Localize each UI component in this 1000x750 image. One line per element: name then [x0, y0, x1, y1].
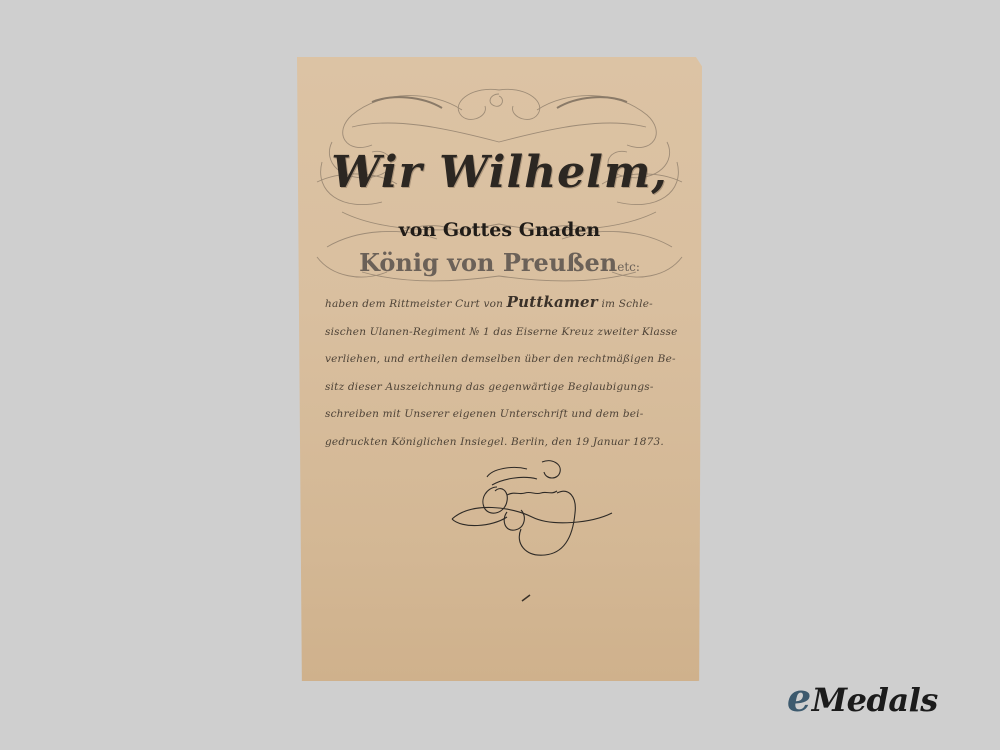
king-title-line: König von Preußenetc: — [297, 248, 702, 277]
body-line: sischen Ulanen-Regiment № 1 das Eiserne … — [325, 319, 682, 347]
recipient-name: Puttkamer — [507, 293, 598, 311]
emedals-logo: eMedals — [787, 675, 938, 720]
king-etc: etc: — [617, 260, 640, 274]
king-title: König von Preußen — [359, 248, 617, 277]
document-body: haben dem Rittmeister Curt von Puttkamer… — [325, 289, 682, 456]
logo-e: e — [787, 675, 811, 720]
document-subtitle: von Gottes Gnaden — [297, 219, 702, 241]
body-line: haben dem Rittmeister Curt von Puttkamer… — [325, 289, 682, 319]
body-line: schreiben mit Unserer eigenen Unterschri… — [325, 401, 682, 429]
logo-text: Medals — [812, 681, 938, 719]
certificate-document: Wir Wilhelm, von Gottes Gnaden König von… — [297, 57, 702, 681]
body-line: gedruckten Königlichen Insiegel. Berlin,… — [325, 429, 682, 457]
pencil-mark — [521, 594, 531, 602]
signature — [447, 457, 617, 562]
document-title: Wir Wilhelm, — [297, 147, 702, 198]
body-line: sitz dieser Auszeichnung das gegenwärtig… — [325, 374, 682, 402]
body-line: verliehen, und ertheilen demselben über … — [325, 346, 682, 374]
